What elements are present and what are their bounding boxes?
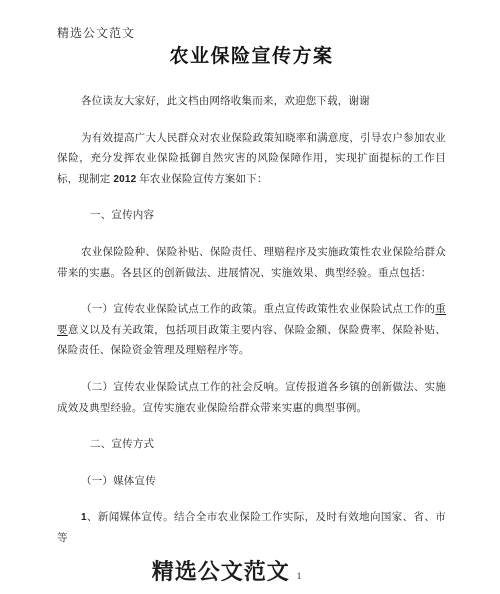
section1-lead-paragraph: 农业保险险种、保险补贴、保险责任、理赔程序及实施政策性农业保险给群众带来的实惠。… (57, 243, 446, 284)
media1-paragraph: 1、新闻媒体宣传。结合全市农业保险工作实际，及时有效地向国家、省、市等 (57, 508, 446, 549)
intro-paragraph: 为有效提高广大人民群众对农业保险政策知晓率和满意度，引导农户参加农业保险，充分发… (57, 129, 446, 191)
document-page: 精选公文范文 农业保险宣传方案 各位读友大家好，此文档由网络收集而来，欢迎您下载… (0, 0, 500, 594)
greeting-paragraph: 各位读友大家好，此文档由网络收集而来，欢迎您下载，谢谢 (57, 92, 446, 113)
footer-brand: 精选公文范文 (152, 559, 290, 584)
point2-paragraph: （二）宣传农业保险试点工作的社会反响。宣传报道各乡镇的创新做法、实施成效及典型经… (57, 378, 446, 419)
sub1-heading: （一）媒体宣传 (57, 472, 446, 493)
point1-text-after: 意义以及有关政策，包括项目政策主要内容、保险金额、保险费率、保险补贴、保险责任、… (57, 325, 446, 357)
page-title: 农业保险宣传方案 (57, 46, 446, 68)
point1-text-before: （一）宣传农业保险试点工作的政策。重点宣传政策性农业保险试点工作的 (81, 304, 435, 315)
media1-text: 、新闻媒体宣传。结合全市农业保险工作实际，及时有效地向国家、省、市等 (57, 512, 446, 544)
footer: 精选公文范文1 (32, 559, 421, 589)
header-brand: 精选公文范文 (57, 26, 446, 41)
section2-heading: 二、宣传方式 (57, 435, 446, 456)
section1-heading: 一、宣传内容 (57, 206, 446, 227)
intro-year: 2012 (113, 174, 136, 185)
page-number: 1 (297, 571, 302, 581)
point1-paragraph: （一）宣传农业保险试点工作的政策。重点宣传政策性农业保险试点工作的重要意义以及有… (57, 300, 446, 362)
intro-text-after-year: 年农业保险宣传方案如下： (136, 174, 267, 185)
